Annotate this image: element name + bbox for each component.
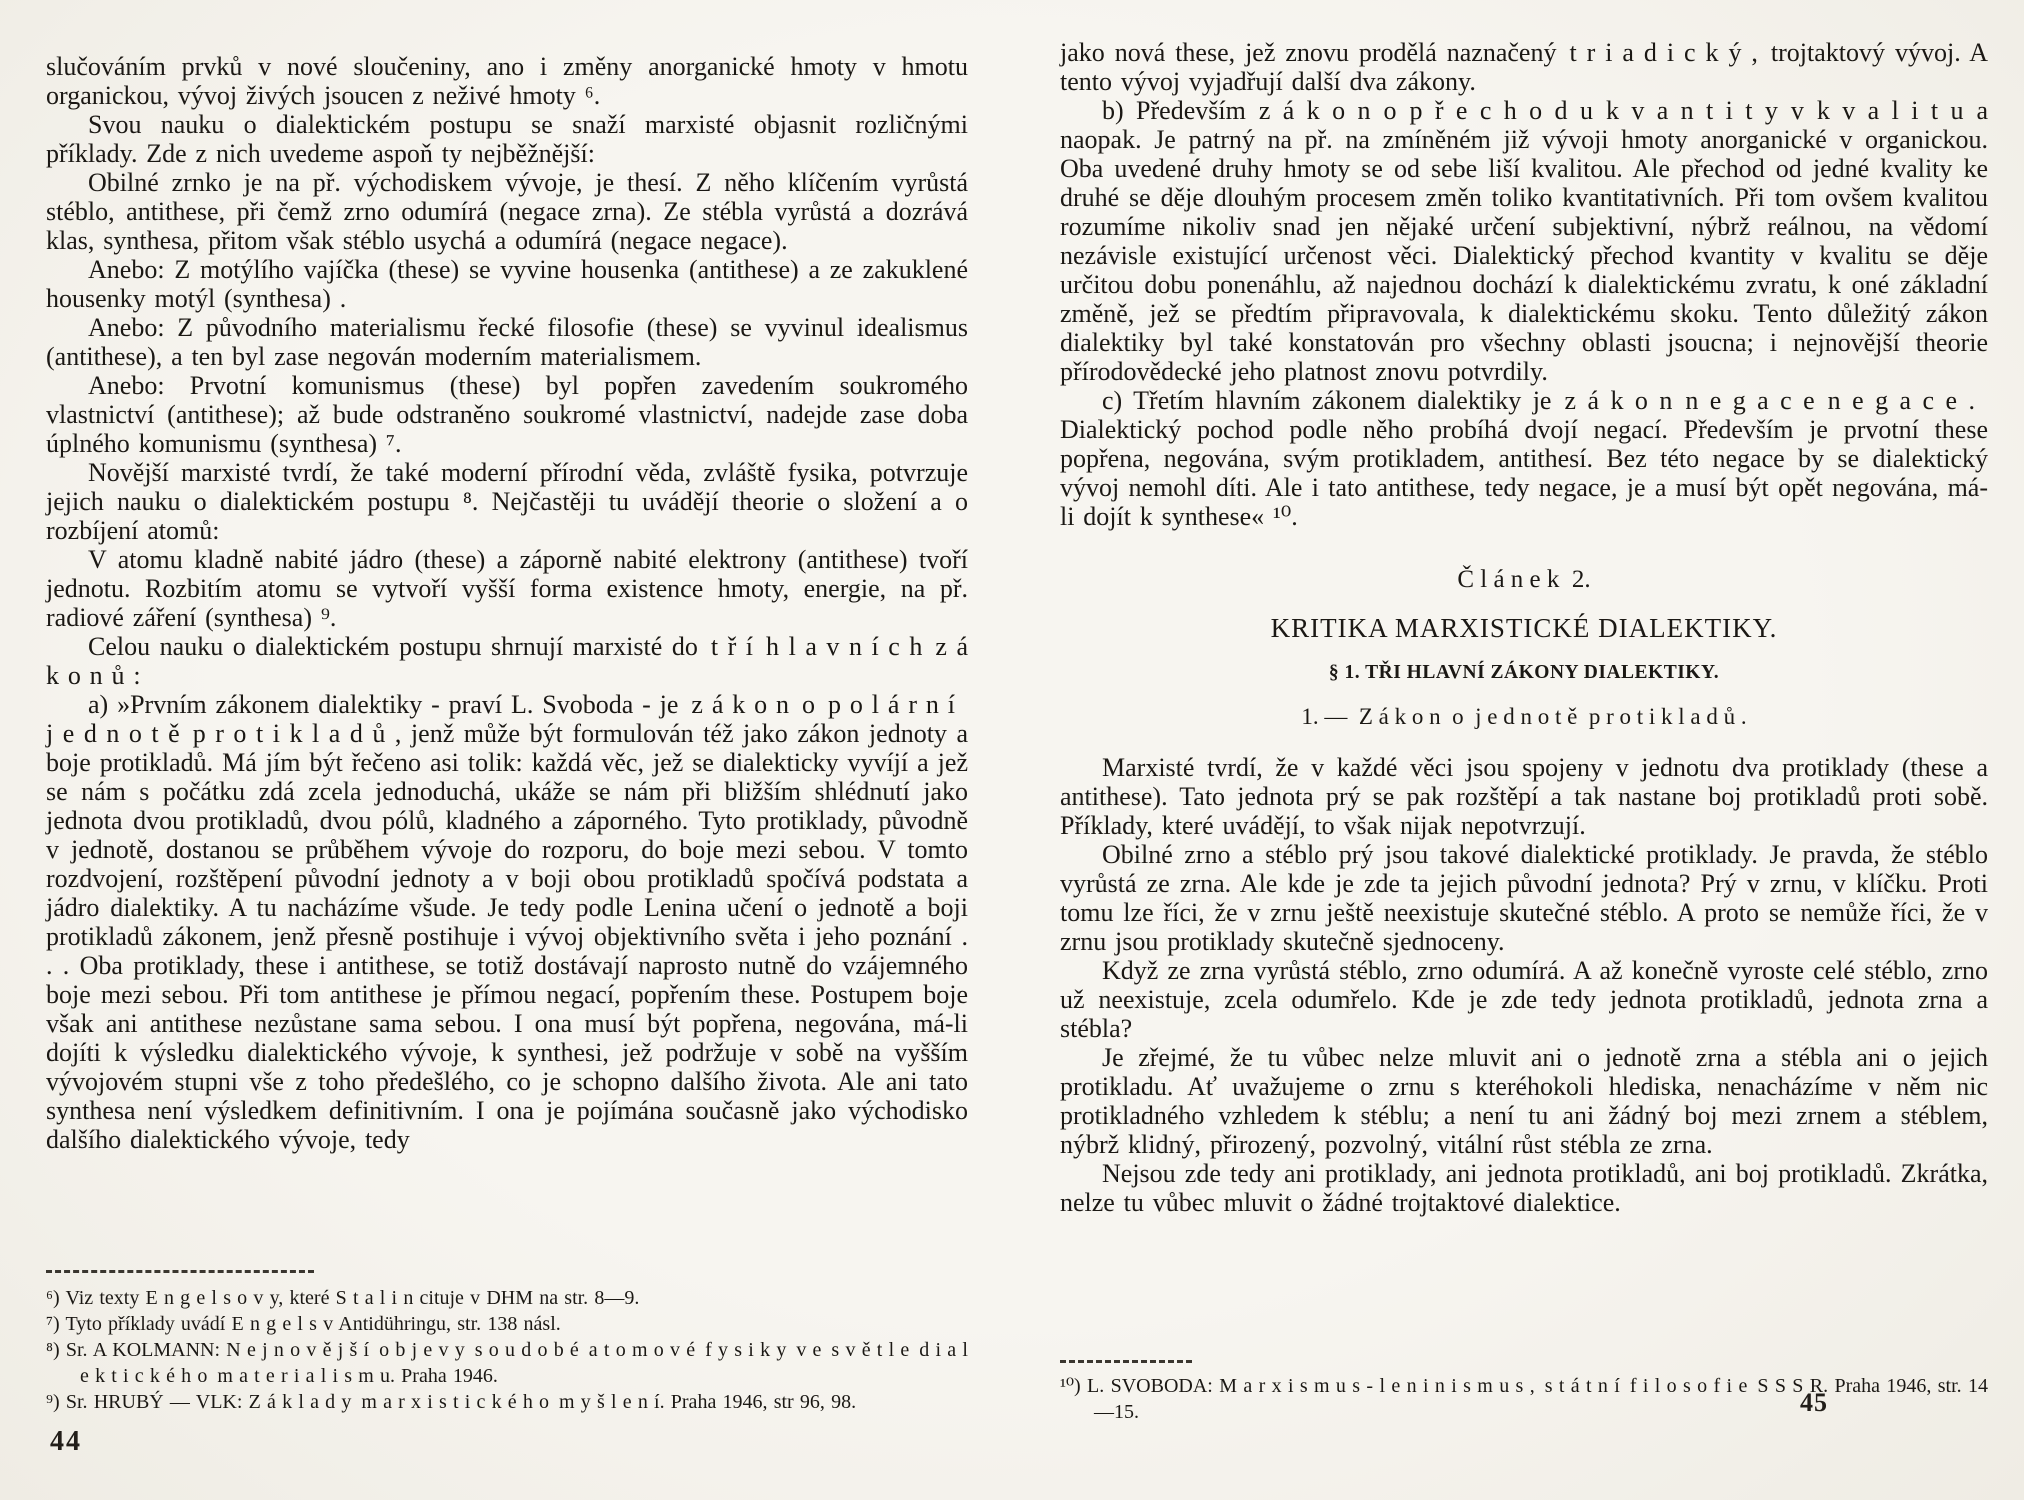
right-page-block-10-p: Když ze zrna vyrůstá stéblo, zrno odumír… [1060, 956, 1988, 1043]
left-page-block-1-p: slučováním prvků v nové sloučeniny, ano … [46, 52, 968, 110]
page-left: slučováním prvků v nové sloučeniny, ano … [46, 52, 968, 1415]
right-page-footnotes: ¹⁰) L. SVOBODA: M a r x i s m u s - l e … [1060, 1373, 1988, 1425]
left-page-block-2-p: Svou nauku o dialektickém postupu se sna… [46, 110, 968, 168]
right-page-block-4-h1: Č l á n e k 2. [1060, 565, 1988, 594]
left-footnote-separator [46, 1270, 314, 1273]
left-page-block-3-p: Obilné zrnko je na př. východiskem vývoj… [46, 168, 968, 255]
right-page-block-1-p: jako nová these, jež znovu prodělá nazna… [1060, 38, 1988, 96]
left-page-footnote-4-fn: ⁹) Sr. HRUBÝ — VLK: Z á k l a d y m a r … [46, 1389, 968, 1415]
right-page-block-3-p: c) Třetím hlavním zákonem dialektiky je … [1060, 386, 1988, 531]
right-page-block-2-p: b) Především z á k o n o p ř e c h o d u… [1060, 96, 1988, 386]
left-page-footnote-1-fn: ⁶) Viz texty E n g e l s o v y, které S … [46, 1285, 968, 1311]
left-page-block-4-p: Anebo: Z motýlího vajíčka (these) se vyv… [46, 255, 968, 313]
right-page-block-8-p: Marxisté tvrdí, že v každé věci jsou spo… [1060, 753, 1988, 840]
left-page-text: slučováním prvků v nové sloučeniny, ano … [46, 52, 968, 1256]
right-page-number: 45 [1800, 1388, 1828, 1418]
right-footnote-separator [1060, 1360, 1192, 1363]
left-page-block-9-p: Celou nauku o dialektickém postupu shrnu… [46, 632, 968, 690]
right-page-block-7-h4: 1. — Z á k o n o j e d n o t ě p r o t i… [1060, 703, 1988, 731]
left-page-footnote-3-fn: ⁸) Sr. A KOLMANN: N e j n o v ě j š í o … [46, 1337, 968, 1389]
right-page-block-12-p: Nejsou zde tedy ani protiklady, ani jedn… [1060, 1159, 1988, 1217]
left-page-block-10-p: a) »Prvním zákonem dialektiky - praví L.… [46, 690, 968, 1154]
left-page-footnote-2-fn: ⁷) Tyto příklady uvádí E n g e l s v Ant… [46, 1311, 968, 1337]
left-page-block-7-p: Novější marxisté tvrdí, že také moderní … [46, 458, 968, 545]
left-page-number: 44 [50, 1426, 82, 1458]
right-page-block-9-p: Obilné zrno a stéblo prý jsou takové dia… [1060, 840, 1988, 956]
right-page-text: jako nová these, jež znovu prodělá nazna… [1060, 38, 1988, 1350]
right-page-block-6-h3: § 1. TŘI HLAVNÍ ZÁKONY DIALEKTIKY. [1060, 661, 1988, 685]
left-page-block-6-p: Anebo: Prvotní komunismus (these) byl po… [46, 371, 968, 458]
left-page-block-5-p: Anebo: Z původního materialismu řecké fi… [46, 313, 968, 371]
page-right: jako nová these, jež znovu prodělá nazna… [1060, 38, 1988, 1425]
left-page-block-8-p: V atomu kladně nabité jádro (these) a zá… [46, 545, 968, 632]
right-page-block-11-p: Je zřejmé, že tu vůbec nelze mluvit ani … [1060, 1043, 1988, 1159]
left-page-footnotes: ⁶) Viz texty E n g e l s o v y, které S … [46, 1285, 968, 1415]
right-page-footnote-1-fn: ¹⁰) L. SVOBODA: M a r x i s m u s - l e … [1060, 1373, 1988, 1425]
right-page-block-5-h2: KRITIKA MARXISTICKÉ DIALEKTIKY. [1060, 613, 1988, 644]
book-spread: slučováním prvků v nové sloučeniny, ano … [0, 0, 2024, 1500]
